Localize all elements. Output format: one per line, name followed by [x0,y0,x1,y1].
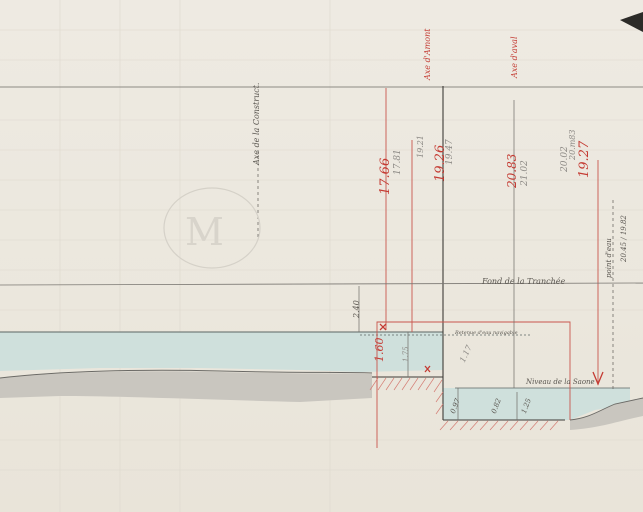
side-note-values: 20.45 / 19.82 [620,215,628,262]
dim-depth-a: 1.75 [402,346,410,362]
label-trench-bottom: Fond de la Tranchée [482,277,565,286]
elevation-col4-grey2: 20.m83 [568,130,577,161]
section-drawing: M [0,0,643,512]
elevation-col1-grey: 17.81 [393,149,403,175]
side-note: point d'eau [605,238,613,278]
svg-text:M: M [185,210,224,254]
elevation-col3-grey: 21.02 [520,160,530,186]
axis-label-construction: Axe de la Construct. [252,83,261,165]
axis-label-downstream: Axe d'aval [510,36,519,78]
dim-red-depth: 1.60 [373,338,386,363]
elevation-col2-grey-top: 19.21 [416,135,425,158]
elevation-col1-red: 17.66 [378,158,393,195]
elevation-col3-red: 20.83 [505,154,519,188]
elevation-col4-red: 19.27 [577,141,592,178]
label-saone-level: Niveau de la Saone [526,378,595,386]
label-upper-water: Retenue d'eau navigable [455,330,518,336]
elevation-col2-grey: 19.47 [445,139,455,165]
axis-label-upstream: Axe d'Amont [423,29,432,80]
dim-height-above-water: 2.40 [352,300,361,318]
drawing-sheet: M Axe de la Construct. Axe d'Amont Axe d… [0,0,643,512]
